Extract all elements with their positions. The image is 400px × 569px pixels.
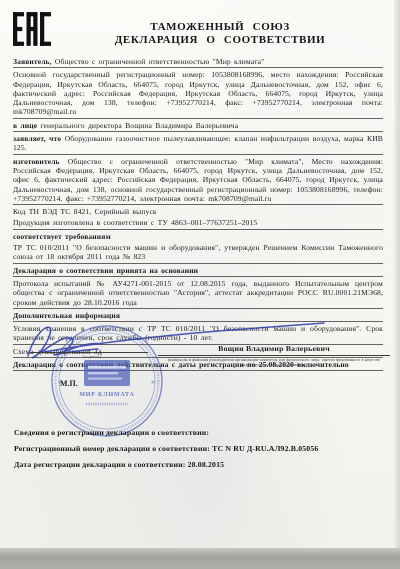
scanned-declaration-document: ТАМОЖЕННЫЙ СОЮЗ ДЕКЛАРАЦИЯ О СООТВЕТСТВИ… <box>0 0 400 569</box>
title-line-1: ТАМОЖЕННЫЙ СОЮЗ <box>70 21 370 34</box>
declarant-label: Заявитель, <box>13 57 52 66</box>
signatory-name: Вощин Владимир Валерьевич <box>158 344 390 356</box>
declaration-line: заявляет, что Оборудование газоочистное … <box>13 134 383 155</box>
representative-line: в лице генерального директора Вощина Вла… <box>13 121 383 132</box>
signatory-name-note: (инициалы и фамилия руководителя организ… <box>158 357 390 367</box>
made-in-accordance-line: Продукция изготовлена в соответствии с Т… <box>13 218 383 229</box>
document-title: ТАМОЖЕННЫЙ СОЮЗ ДЕКЛАРАЦИЯ О СООТВЕТСТВИ… <box>70 21 370 46</box>
stamp-right-asterisk: * <box>151 379 155 388</box>
title-line-2: ДЕКЛАРАЦИЯ О СООТВЕТСТВИИ <box>70 34 370 47</box>
declaration-label: заявляет, что <box>13 134 61 143</box>
stamp-company-text: МИР КЛИМАТА <box>79 392 134 398</box>
manufacturer-paragraph: изготовитель Общество с ограниченной отв… <box>13 157 383 205</box>
representative-label: в лице <box>13 121 37 130</box>
signature-note: (подпись) <box>42 354 142 359</box>
declaration-value: Оборудование газоочистное пылеулавливающ… <box>13 134 383 152</box>
scan-background-bottom <box>0 548 400 569</box>
basis-heading-text: Декларация о соответствии принята на осн… <box>13 266 198 275</box>
basis-heading: Декларация о соответствии принята на осн… <box>13 266 383 277</box>
paper-sheet: ТАМОЖЕННЫЙ СОЮЗ ДЕКЛАРАЦИЯ О СООТВЕТСТВИ… <box>0 0 394 548</box>
tn-ved-line: Код ТН ВЭД ТС 8421, Серийный выпуск <box>13 207 383 216</box>
declarant-value: Общество с ограниченной ответственностью… <box>55 57 264 66</box>
registration-block: Сведения о регистрации декларации о соот… <box>14 428 386 469</box>
declarant-line: Заявитель, Общество с ограниченной ответ… <box>13 57 383 68</box>
signature-line <box>30 352 148 353</box>
conformity-heading-text: соответствует требованиям <box>13 232 111 241</box>
paper-right-edge <box>394 0 400 548</box>
conformity-text: ТР ТС 010/2011 "О безопасности машин и о… <box>13 243 383 264</box>
eac-logo-svg <box>13 9 51 49</box>
manufacturer-value: Общество с ограниченной ответственностью… <box>13 157 383 203</box>
representative-value: генерального директора Вощина Владимира … <box>40 121 238 130</box>
manufacturer-label: изготовитель <box>13 157 60 166</box>
signatory-block: Вощин Владимир Валерьевич (инициалы и фа… <box>158 344 390 367</box>
registration-date-line: Дата регистрации декларации о соответств… <box>14 460 386 469</box>
conformity-heading: соответствует требованиям <box>13 232 383 241</box>
registration-heading: Сведения о регистрации декларации о соот… <box>14 428 386 437</box>
basis-text: Протокола испытаний № АУ4271-001-2015 от… <box>13 279 383 309</box>
stamp-place-label: М.П. <box>60 379 78 388</box>
eac-logo-icon <box>13 9 51 49</box>
registration-number-line: Регистрационный номер декларации о соотв… <box>14 444 386 453</box>
declarant-details: Основной государственный регистрационный… <box>13 70 383 118</box>
